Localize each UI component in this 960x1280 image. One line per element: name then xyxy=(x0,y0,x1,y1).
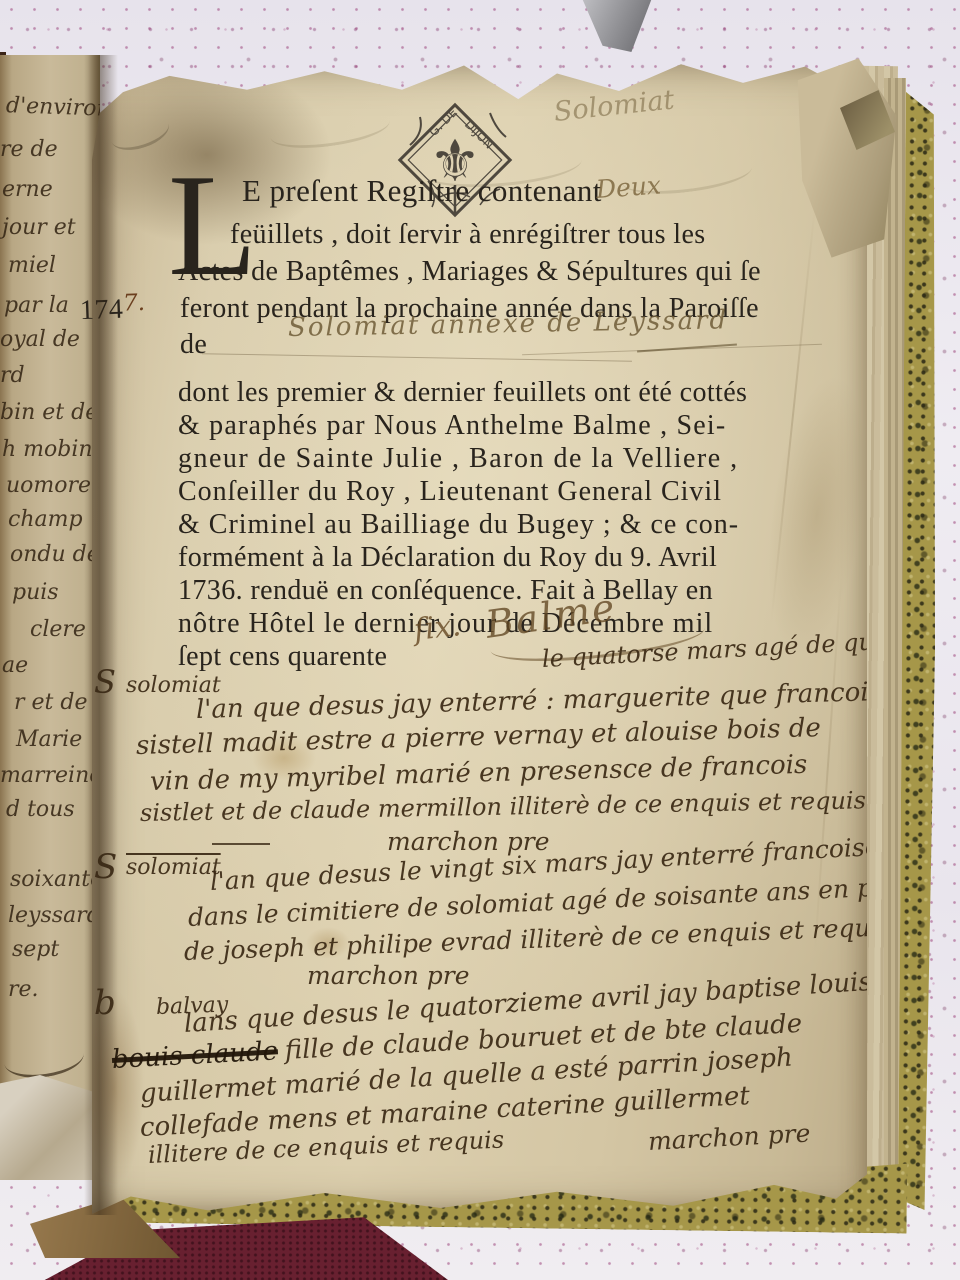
left-page-text-fragment: oyal de xyxy=(0,327,80,352)
heading-line: feüillets , doit ſervir à enrégiſtrer to… xyxy=(230,219,706,251)
left-page-text-fragment: clere xyxy=(30,617,86,642)
annotation-top-name: Solomiat xyxy=(552,84,675,127)
left-page-text-fragment: miel xyxy=(8,253,56,278)
body-line: Conſeiller du Roy , Lieutenant General C… xyxy=(178,476,722,508)
entry-margin-place: solomiat xyxy=(126,855,221,880)
scratch-line xyxy=(202,353,632,362)
left-page-text-fragment: jour et xyxy=(2,215,76,240)
register-page: Solomiat G. DE DIJON ⚜ L E preſent Regiſ… xyxy=(92,55,867,1215)
heading-line: E preſent Regiſtre contenant xyxy=(242,173,602,209)
left-page-text-fragment: re de xyxy=(0,137,58,162)
left-page-text-fragment: sept xyxy=(12,937,59,962)
left-page-text-fragment: r et de xyxy=(14,690,87,715)
left-page-text-fragment: puis xyxy=(12,580,59,605)
scratch-line xyxy=(522,344,822,355)
body-line: formément à la Déclaration du Roy du 9. … xyxy=(178,542,717,574)
body-line: gneur de Sainte Julie , Baron de la Vell… xyxy=(178,443,739,475)
heading-line: Actes de Baptêmes , Mariages & Sépulture… xyxy=(178,256,761,288)
left-page-text-fragment: erne xyxy=(2,177,53,202)
body-line: & Criminel au Bailliage du Bugey ; & ce … xyxy=(178,509,739,541)
heading-line: de xyxy=(180,329,207,361)
entry-dash xyxy=(212,843,270,845)
left-page-text-fragment: rd xyxy=(0,363,25,388)
register-photo: d'environ re de erne jour et miel par la… xyxy=(0,0,960,1280)
body-line: 1736. renduë en conſéquence. Fait à Bell… xyxy=(178,575,713,607)
body-line: ſept cens quarente xyxy=(178,641,387,673)
entry-signoff: marchon pre xyxy=(647,1119,811,1156)
annotation-feuillets-count: Deux xyxy=(595,170,662,203)
left-page-text-fragment: champ xyxy=(8,507,83,532)
left-page-flourish xyxy=(2,1035,86,1083)
annotation-quarente-fill: ſix. xyxy=(412,608,463,648)
body-line: dont les premier & dernier feuillets ont… xyxy=(178,377,747,409)
body-line: & paraphés par Nous Anthelme Balme , Sei… xyxy=(178,410,726,442)
tax-stamp-icon: G. DE DIJON ⚜ xyxy=(380,85,530,235)
entry-signoff: marchon pre xyxy=(307,961,470,990)
left-page-text-fragment: re. xyxy=(8,977,39,1002)
left-page-text-fragment: d tous xyxy=(6,797,75,822)
left-page-text-fragment: ae xyxy=(2,653,28,678)
gutter-shadow xyxy=(84,55,118,1215)
left-page-text-fragment: par la xyxy=(4,293,69,318)
left-page-text-fragment: h mobin xyxy=(2,437,93,462)
left-page-text-fragment: uomore xyxy=(6,473,91,498)
annotation-paroisse-name: Solomiat annexe de Leyssard xyxy=(288,305,729,343)
left-page-text-fragment: Marie xyxy=(16,727,82,752)
margin-year-hand: 7. xyxy=(123,290,146,317)
